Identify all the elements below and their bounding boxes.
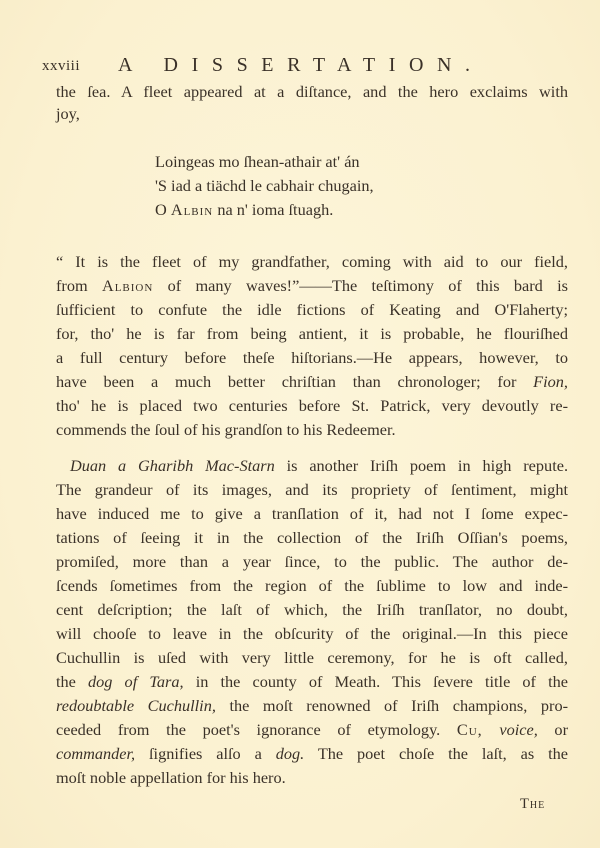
text-line: Duan a Gharibh Mac-Starn is another Iriſ… <box>70 454 568 478</box>
running-title: A DISSERTATION. <box>118 54 484 77</box>
italic-word: dog. <box>276 744 305 763</box>
text-line: The grandeur of its images, and its prop… <box>56 478 568 502</box>
text-line: “ It is the fleet of my grandfather, com… <box>56 250 568 274</box>
text-line: joy, <box>56 102 568 126</box>
text-span: na n' ioma ſtuagh. <box>213 200 333 219</box>
text-span: is another Iriſh poem in high repute. <box>275 456 568 475</box>
text-line: ſcends ſometimes from the region of the … <box>56 574 568 598</box>
text-line: will chooſe to leave in the obſcurity of… <box>56 622 568 646</box>
text-line: cent deſcription; the laſt of which, the… <box>56 598 568 622</box>
text-line: redoubtable Cuchullin, the moſt renowned… <box>56 694 568 718</box>
text-span: The poet choſe the laſt, as the <box>304 744 568 763</box>
text-span: ceeded from the poet's ignorance of etym… <box>56 720 457 739</box>
text-line: tations of ſeeing it in the collection o… <box>56 526 568 550</box>
text-span: the moſt renowned of Iriſh champions, pr… <box>216 696 568 715</box>
text-line: have been a much better chriſtian than c… <box>56 370 568 394</box>
catchword: The <box>520 796 545 813</box>
book-page: xxviii A DISSERTATION. the ſea. A fleet … <box>0 0 600 848</box>
italic-word: voice, <box>499 720 537 739</box>
text-span: of many waves!”——The teſtimony of this b… <box>153 276 568 295</box>
proper-name: Albin <box>171 200 213 219</box>
text-span: have been a much better chriſtian than c… <box>56 372 533 391</box>
text-span: the <box>56 672 88 691</box>
italic-phrase: redoubtable Cuchullin, <box>56 696 216 715</box>
text-line: a full century before theſe hiſtorians.—… <box>56 346 568 370</box>
italic-word: commander, <box>56 744 135 763</box>
text-line: moſt noble appellation for his hero. <box>56 766 568 790</box>
page-number: xxviii <box>42 58 80 75</box>
verse-line: Loingeas mo ſhean-athair at' án <box>155 150 360 174</box>
verse-line: O Albin na n' ioma ſtuagh. <box>155 198 333 222</box>
text-span: ſignifies alſo a <box>135 744 276 763</box>
text-line: have induced me to give a tranſlation of… <box>56 502 568 526</box>
text-line: ſufficient to confute the idle fictions … <box>56 298 568 322</box>
small-caps-word: Cu, <box>457 720 483 739</box>
text-line: commander, ſignifies alſo a dog. The poe… <box>56 742 568 766</box>
poem-title: Duan a Gharibh Mac-Starn <box>70 456 275 475</box>
text-line: the ſea. A fleet appeared at a diſtance,… <box>56 80 568 104</box>
text-line: the dog of Tara, in the county of Meath.… <box>56 670 568 694</box>
text-span: or <box>538 720 568 739</box>
text-line: ceeded from the poet's ignorance of etym… <box>56 718 568 742</box>
text-span <box>483 720 500 739</box>
text-span: in the county of Meath. This ſevere titl… <box>184 672 568 691</box>
text-line: promiſed, more than a year ſince, to the… <box>56 550 568 574</box>
text-line: commends the ſoul of his grandſon to his… <box>56 418 568 442</box>
text-line: Cuchullin is uſed with very little cerem… <box>56 646 568 670</box>
italic-phrase: dog of Tara, <box>88 672 184 691</box>
text-line: for, tho' he is far from being antient, … <box>56 322 568 346</box>
italic-name: Fion, <box>533 372 568 391</box>
text-line: from Albion of many waves!”——The teſtimo… <box>56 274 568 298</box>
proper-name: Albion <box>102 276 153 295</box>
text-span: from <box>56 276 102 295</box>
verse-line: 'S iad a tiächd le cabhair chugain, <box>155 174 374 198</box>
running-head: xxviii A DISSERTATION. <box>42 54 562 80</box>
text-span: O <box>155 200 171 219</box>
text-line: tho' he is placed two centuries before S… <box>56 394 568 418</box>
